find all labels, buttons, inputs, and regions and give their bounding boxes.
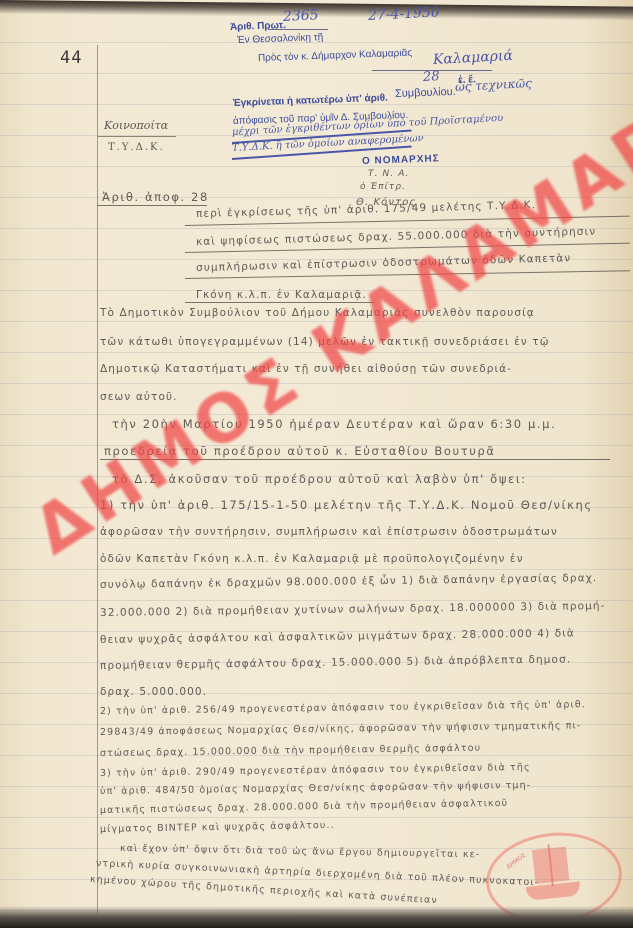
margin-note-title: Κοινοποίτα (104, 119, 168, 132)
page-number: 44 (60, 48, 82, 68)
subject-underline (185, 302, 375, 303)
body-line: ἀφορῶσαν τὴν συντήρησιν, συμπλήρωσιν καὶ… (100, 526, 558, 538)
body-line: 1) τὴν ὑπ' ἀριθ. 175/15-1-50 μελέτην τῆς… (100, 498, 593, 512)
protocol-label: Ἀριθ. Πρωτ. (230, 20, 286, 33)
margin-rule-horizontal (98, 136, 176, 137)
body-line: σεων αὐτοῦ. (100, 391, 178, 403)
decision-number: Ἀριθ. ἀποφ. 28 (102, 190, 209, 204)
body-line: ὁδῶν Καπετὰν Γκόνη κ.λ.π. ἐν Καλαμαριᾷ μ… (100, 553, 524, 565)
approval-number: 28 (423, 69, 440, 85)
body-line: Δημοτικῷ Καταστήματι καὶ ἐν τῇ συνήθει α… (100, 363, 512, 375)
margin-note-subtitle: Τ.Υ.Δ.Κ. (108, 142, 165, 153)
body-line: δραχ. 5.000.000. (100, 686, 207, 698)
chair-underline (100, 459, 610, 460)
ship-icon (522, 842, 582, 909)
council-word: Συμβουλίου. (395, 86, 456, 100)
binding-shadow-bottom (0, 906, 633, 928)
protocol-underline (268, 29, 328, 30)
body-line: προεδρείᾳ τοῦ προέδρου αὐτοῦ κ. Εὐσταθίο… (104, 444, 496, 458)
body-line: τῶν κάτωθι ὑπογεγραμμένων (14) μελῶν ἐν … (100, 336, 550, 348)
signer-line-1: Τ. Ν. Α. (368, 169, 410, 179)
document-page: 44 Κοινοποίτα Τ.Υ.Δ.Κ. Ἀριθ. Πρωτ. 2365 … (0, 0, 633, 928)
subject-line: Γκόνη κ.λ.π. ἐν Καλαμαριᾷ. (196, 289, 367, 301)
protocol-number: 2365 (283, 7, 319, 25)
margin-rule-vertical (97, 45, 98, 915)
decision-number-underline (97, 205, 207, 206)
signer-line-2: ὁ Ἐπίτρ. (360, 182, 406, 192)
body-line: τὸ Δ.Σ. ἀκοῦσαν τοῦ προέδρου αὐτοῦ καὶ λ… (112, 472, 527, 486)
body-line: Τὸ Δημοτικὸν Συμβούλιον τοῦ Δήμου Καλαμα… (100, 307, 535, 319)
body-line: τὴν 20ὴν Μαρτίου 1950 ἡμέραν Δευτέραν κα… (112, 417, 556, 431)
